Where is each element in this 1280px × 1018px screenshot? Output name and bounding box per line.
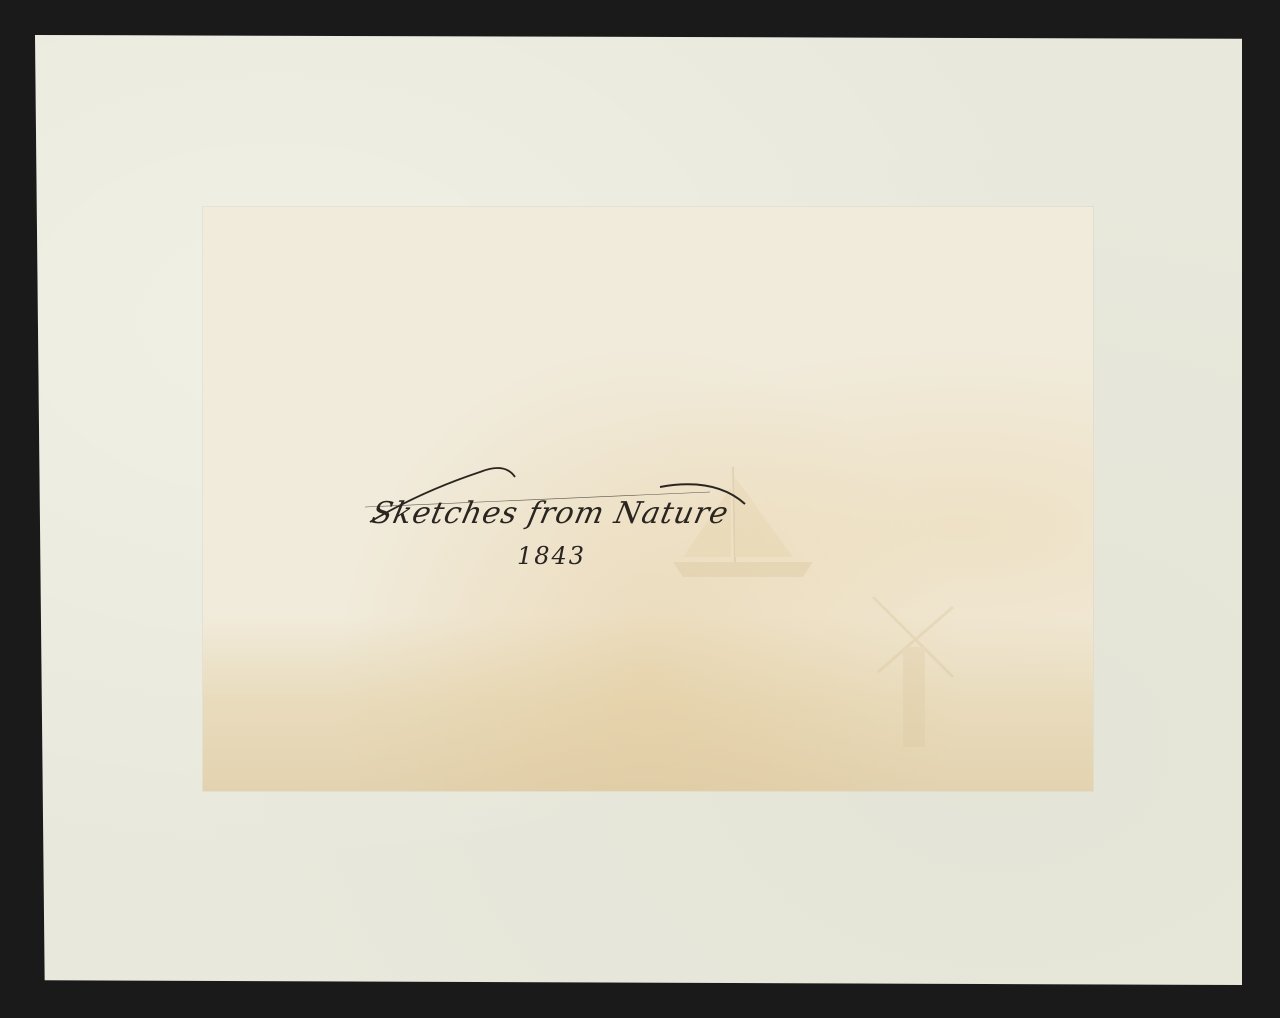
inscription-year: 1843 <box>517 542 586 570</box>
handwritten-inscription: Sketches from Nature 1843 <box>360 452 760 582</box>
inscription-title: Sketches from Nature <box>368 496 732 531</box>
windmill-showthrough-icon <box>863 587 963 747</box>
